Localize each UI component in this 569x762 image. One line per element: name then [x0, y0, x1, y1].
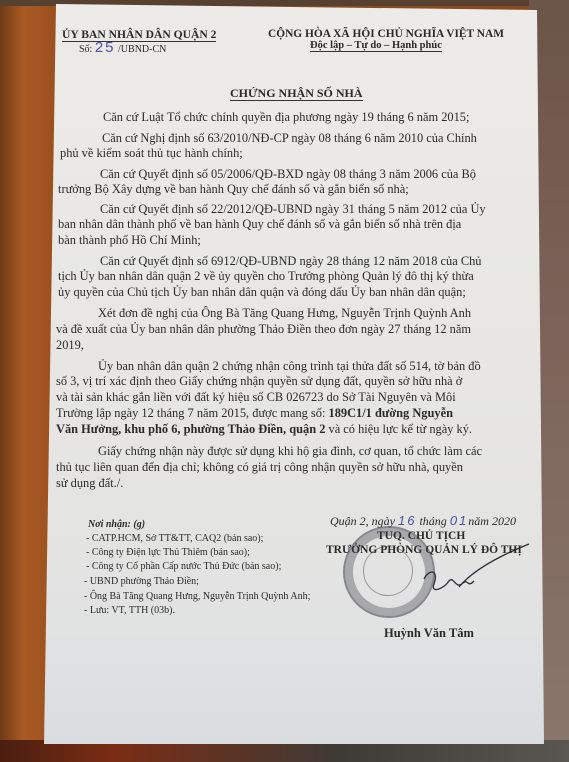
paragraph-line: bàn thành phố Hồ Chí Minh;	[58, 233, 201, 248]
recipients-title: Nơi nhận: (g)	[88, 518, 145, 532]
signature-icon	[404, 539, 534, 599]
address-line-2: Văn Hưởng, khu phố 6, phường Thảo Điền, …	[56, 422, 472, 437]
paragraph-line: tịch Ủy ban nhân dân quận 2 về ủy quyền …	[58, 269, 474, 284]
document-title: CHỨNG NHẬN SỐ NHÀ	[230, 86, 363, 101]
motto: Độc lập – Tự do – Hạnh phúc	[310, 38, 442, 53]
paragraph-line: Căn cứ Nghị định số 63/2010/NĐ-CP ngày 0…	[102, 131, 477, 146]
paragraph-line: Căn cứ Quyết định số 22/2012/QĐ-UBND ngà…	[100, 202, 486, 217]
paragraph-line: Xét đơn đề nghị của Ông Bà Tăng Quang Hư…	[98, 306, 471, 321]
paragraph-line: thủ tục liên quan đến địa chỉ; không có …	[56, 460, 463, 475]
document-number: Số: 25 /UBND-CN	[79, 40, 166, 57]
issue-date: Quận 2, ngày 16 tháng 01năm 2020	[330, 513, 516, 529]
paragraph-line: Ủy ban nhân dân quận 2 chứng nhận công t…	[98, 359, 481, 374]
handwritten-month: 01	[450, 513, 468, 528]
paragraph-line: Căn cứ Quyết định số 6912/QĐ-UBND ngày 2…	[100, 254, 481, 269]
paragraph-line: trưởng Bộ Xây dựng về ban hành Quy chế đ…	[58, 182, 409, 197]
paragraph-line: 2019,	[56, 338, 84, 353]
paragraph-line: số 3, vị trí xác định theo Giấy chứng nh…	[56, 374, 462, 389]
paragraph-line: sử dụng đất./.	[56, 476, 123, 491]
paragraph-line: ủy quyền của Chủ tịch Ủy ban nhân dân qu…	[58, 285, 466, 300]
recipient-item: - Lưu: VT, TTH (03b).	[84, 604, 175, 618]
recipient-item: - Công ty Điện lực Thủ Thiêm (bản sao);	[86, 546, 250, 560]
paragraph-line: ban nhân dân thành phố về ban hành Quy c…	[58, 217, 461, 232]
handwritten-number: 25	[95, 39, 116, 56]
signer-name: Huỳnh Văn Tâm	[384, 626, 474, 641]
paragraph-line: và đề xuất của Ủy ban nhân dân phường Th…	[56, 322, 471, 337]
recipient-item: - Ông Bà Tăng Quang Hưng, Nguyễn Trịnh Q…	[84, 590, 310, 604]
paragraph-line: Giấy chứng nhận này được sử dụng khi hộ …	[98, 444, 482, 459]
document-page: ỦY BAN NHÂN DÂN QUẬN 2 CỘNG HÒA XÃ HỘI C…	[44, 4, 544, 744]
paragraph-line: Căn cứ Luật Tổ chức chính quyền địa phươ…	[103, 110, 469, 125]
paragraph-line: và tài sản khác gắn liền với đất ký hiệu…	[56, 390, 456, 405]
recipient-item: - UBND phường Thảo Điền;	[84, 575, 199, 589]
handwritten-day: 16	[398, 513, 416, 528]
recipient-item: - CATP.HCM, Sở TT&TT, CAQ2 (bản sao);	[86, 532, 263, 546]
address-line-1: Trường lập ngày 12 tháng 7 năm 2015, đượ…	[56, 406, 453, 421]
paragraph-line: phủ về kiểm soát thủ tục hành chính;	[60, 146, 243, 161]
paragraph-line: Căn cứ Quyết định số 05/2006/QĐ-BXD ngày…	[100, 167, 476, 182]
recipient-item: - Công ty Cổ phần Cấp nước Thủ Đức (bản …	[86, 560, 281, 574]
